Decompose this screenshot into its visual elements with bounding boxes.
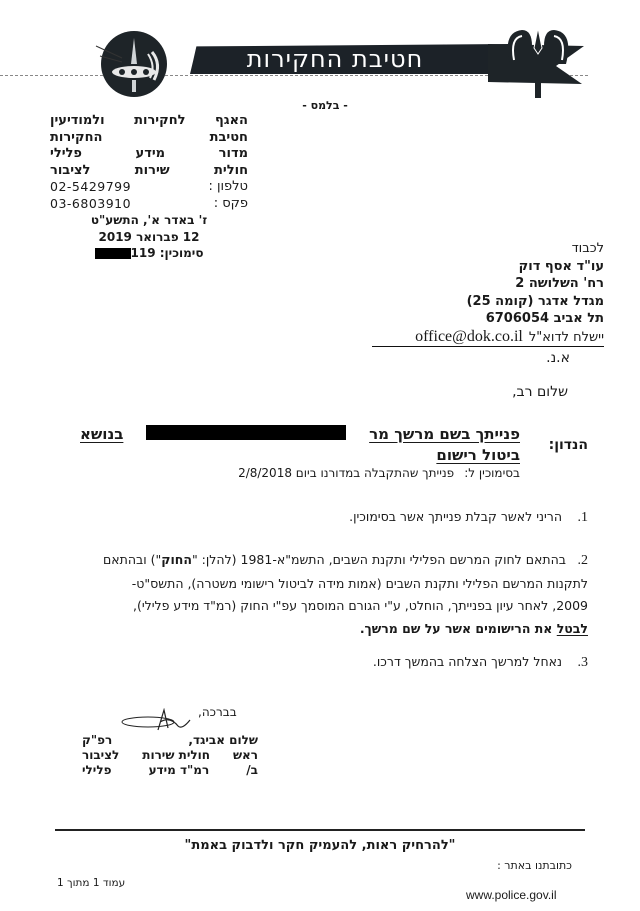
sender-department-row: האגף לחקירות ולמודיעין	[50, 113, 248, 130]
subject-topic: ביטול רישום	[436, 446, 520, 464]
classification-marking: - בלמס -	[0, 99, 640, 112]
item-text: הריני לאשר קבלת פנייתך אשר בסימוכין.	[349, 509, 562, 524]
greeting-an: א.נ.	[546, 350, 570, 366]
email-delivery-line: יישלח לדוא"ל office@dok.co.il	[372, 328, 604, 348]
item-text: נאחל למרשך הצלחה בהמשך דרכו.	[373, 654, 562, 669]
recipient-city: תל אביב 6706054	[372, 310, 604, 328]
signatory-block: שלום אביגד, רפ"ק ראש חולית שירות לציבור …	[82, 733, 258, 778]
reference-suffix: 119	[131, 246, 156, 260]
website-label: כתובתנו באתר :	[497, 859, 572, 872]
greeting-shalom: שלום רב,	[512, 384, 568, 400]
subject-reference: בסימוכין ל:פנייתך שהתקבלה במדורנו ביום 2…	[238, 466, 520, 480]
defined-term: החוק	[161, 552, 192, 567]
closing-regards: בברכה,	[198, 705, 237, 719]
signatory-name: שלום אביגד,	[188, 733, 258, 748]
reference-redaction	[95, 248, 131, 259]
sender-block: האגף לחקירות ולמודיעין חטיבת החקירות מדו…	[50, 113, 248, 262]
item-number: 1.	[566, 507, 588, 530]
sender-text: החקירות	[50, 130, 102, 147]
sender-text: האגף	[215, 113, 248, 130]
item-2-line-2: לתקנות המרשם הפלילי ותקנת השבים (אמות מי…	[28, 573, 588, 596]
recipient-street: רח' השלושה 2	[372, 275, 604, 293]
sender-text: מדור	[219, 146, 248, 163]
signatory-text: פלילי	[82, 763, 111, 778]
cancel-keyword: לבטל	[557, 621, 588, 636]
subject-text-part1: פנייתך בשם מרשך מר	[369, 425, 520, 443]
hebrew-date: ז' באדר א', התשע"ט	[50, 212, 248, 229]
item-text: את הרישומים אשר על שם מרשך.	[360, 621, 557, 636]
item-text: ") ובהתאם	[103, 552, 161, 567]
recipient-building: מגדל אדגר (קומה 25)	[372, 293, 604, 311]
subject-reference-text: פנייתך שהתקבלה במדורנו ביום 2/8/2018	[238, 466, 454, 480]
sender-text: לחקירות	[134, 113, 185, 130]
subject-text-part2: בנושא	[80, 425, 123, 443]
sender-unit-row: חולית שירות לציבור	[50, 163, 248, 180]
reference-row: סימוכין: 119	[50, 245, 248, 262]
recipient-salutation: לכבוד	[372, 240, 604, 258]
sender-text: חטיבת	[210, 130, 248, 147]
sender-text: מידע	[136, 146, 166, 163]
subject-text: פנייתך בשם מרשך מר	[369, 425, 520, 443]
signatory-rank: רפ"ק	[82, 733, 112, 748]
signatory-role-row: ב/ רמ"ד מידע פלילי	[82, 763, 258, 778]
website-link[interactable]: www.police.gov.il	[466, 888, 556, 902]
sender-text: לציבור	[50, 163, 90, 180]
handwritten-signature-icon	[118, 708, 198, 733]
sender-text: חולית	[214, 163, 248, 180]
body-item-1: 1. הריני לאשר קבלת פנייתך אשר בסימוכין.	[349, 506, 588, 530]
signatory-text: ראש	[233, 748, 258, 763]
reference-label: סימוכין:	[160, 246, 204, 260]
signatory-name-row: שלום אביגד, רפ"ק	[82, 733, 258, 748]
signatory-text: ב/	[246, 763, 258, 778]
unit-title: חטיבת החקירות	[240, 44, 430, 74]
signatory-text: רמ"ד מידע	[149, 763, 210, 778]
recipient-block: לכבוד עו"ד אסף דוק רח' השלושה 2 מגדל אדג…	[372, 240, 604, 347]
fax-label: פקס :	[214, 196, 248, 213]
police-investigations-emblem-icon	[92, 24, 172, 104]
subject-reference-label: בסימוכין ל:	[464, 466, 520, 480]
sender-division-row: חטיבת החקירות	[50, 130, 248, 147]
investigations-division-emblem-icon	[488, 24, 588, 104]
item-2-line-4: לבטל את הרישומים אשר על שם מרשך.	[28, 618, 588, 641]
phone-label: טלפון :	[208, 179, 248, 196]
sender-section-row: מדור מידע פלילי	[50, 146, 248, 163]
subject-line: פנייתך בשם מרשך מר בנושא	[80, 425, 520, 443]
signatory-text: לציבור	[82, 748, 119, 763]
fax-number: 03-6803910	[50, 196, 131, 213]
client-name-redaction	[146, 425, 346, 440]
subject-label: הנדון:	[549, 437, 588, 453]
classification-text: - בלמס -	[302, 99, 348, 112]
body-item-3: 3. נאחל למרשך הצלחה בהמשך דרכו.	[373, 651, 588, 675]
signatory-title-row: ראש חולית שירות לציבור	[82, 748, 258, 763]
sent-by-email-label: יישלח לדוא"ל	[529, 329, 604, 347]
phone-number: 02-5429799	[50, 179, 131, 196]
item-2-line-1: 2.בהתאם לחוק המרשם הפלילי ותקנת השבים, ה…	[28, 549, 588, 573]
signatory-text: חולית שירות	[142, 748, 210, 763]
item-text: בהתאם לחוק המרשם הפלילי ותקנת השבים, התש…	[192, 552, 566, 567]
footer-motto: "להרחיק ראות, להעמיק חקר ולדבוק באמת"	[0, 838, 640, 853]
item-number: 2.	[566, 550, 588, 573]
recipient-email-link[interactable]: office@dok.co.il	[415, 328, 523, 346]
item-2-line-3: 2009, לאחר עיון בפנייתך, הוחלט, ע"י הגור…	[28, 595, 588, 618]
body-item-2: 2.בהתאם לחוק המרשם הפלילי ותקנת השבים, ה…	[28, 549, 588, 640]
sender-fax-row: פקס : 03-6803910	[50, 196, 248, 213]
recipient-name: עו"ד אסף דוק	[372, 258, 604, 276]
item-number: 3.	[566, 652, 588, 675]
sender-text: ולמודיעין	[50, 113, 105, 130]
footer-divider	[55, 829, 585, 831]
sender-text: פלילי	[50, 146, 82, 163]
sender-text: שירות	[135, 163, 170, 180]
page-indicator: עמוד 1 מתוך 1	[57, 877, 125, 889]
gregorian-date: 12 פברואר 2019	[50, 229, 248, 246]
sender-phone-row: טלפון : 02-5429799	[50, 179, 248, 196]
